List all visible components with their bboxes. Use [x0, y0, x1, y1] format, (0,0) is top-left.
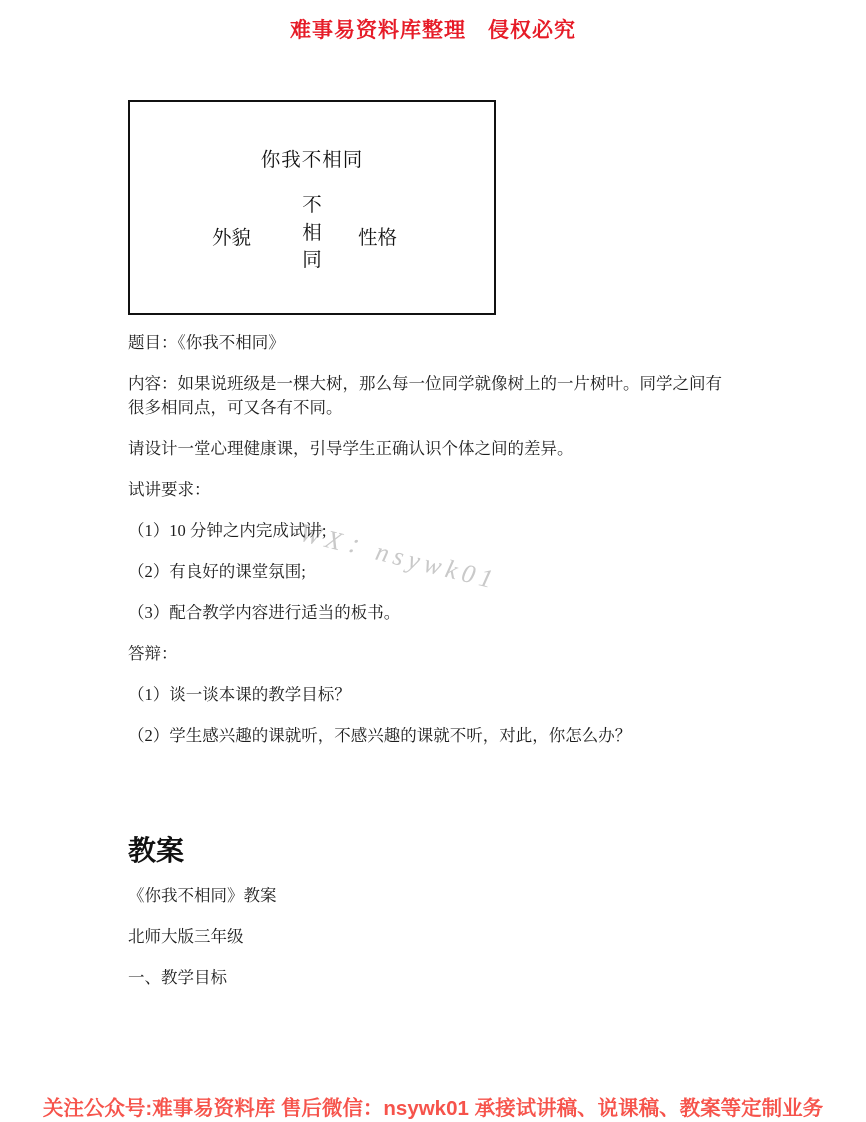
lesson-plan-objectives: 一、教学目标 [128, 966, 734, 990]
paragraph-defense: 答辩： [128, 642, 734, 666]
header-banner: 难事易资料库整理 侵权必究 [0, 14, 866, 44]
paragraph-task: 请设计一堂心理健康课，引导学生正确认识个体之间的差异。 [128, 437, 734, 461]
paragraph-requirements: 试讲要求： [128, 478, 734, 502]
paragraph-req-2: （2）有良好的课堂氛围; [128, 560, 734, 584]
board-vertical-char-2: 相 [292, 220, 332, 248]
document-body: 题目：《你我不相同》 内容：如果说班级是一棵大树，那么每一位同学就像树上的一片树… [128, 331, 734, 1007]
document-page: 难事易资料库整理 侵权必究 你我不相同 外貌 不 相 同 性格 WX：nsywk… [0, 0, 866, 1122]
paragraph-topic: 题目：《你我不相同》 [128, 331, 734, 355]
paragraph-req-1: （1）10 分钟之内完成试讲; [128, 519, 734, 543]
board-vertical-char-1: 不 [292, 192, 332, 220]
blackboard-diagram: 你我不相同 外貌 不 相 同 性格 [128, 100, 496, 315]
paragraph-req-3: （3）配合教学内容进行适当的板书。 [128, 601, 734, 625]
board-right-label: 性格 [358, 222, 397, 250]
paragraph-content: 内容：如果说班级是一棵大树，那么每一位同学就像树上的一片树叶。同学之间有很多相同… [128, 372, 734, 420]
lesson-plan-grade: 北师大版三年级 [128, 925, 734, 949]
lesson-plan-title: 《你我不相同》教案 [128, 884, 734, 908]
lesson-plan-heading: 教案 [128, 834, 734, 870]
board-vertical-char-3: 同 [292, 247, 332, 275]
paragraph-defense-q1: （1）谈一谈本课的教学目标？ [128, 683, 734, 707]
board-vertical-label: 不 相 同 [292, 192, 332, 275]
board-left-label: 外貌 [212, 222, 251, 250]
board-title: 你我不相同 [130, 144, 494, 172]
paragraph-defense-q2: （2）学生感兴趣的课就听，不感兴趣的课就不听，对此，你怎么办？ [128, 724, 734, 748]
footer-banner: 关注公众号:难事易资料库 售后微信：nsywk01 承接试讲稿、说课稿、教案等定… [0, 1091, 866, 1121]
